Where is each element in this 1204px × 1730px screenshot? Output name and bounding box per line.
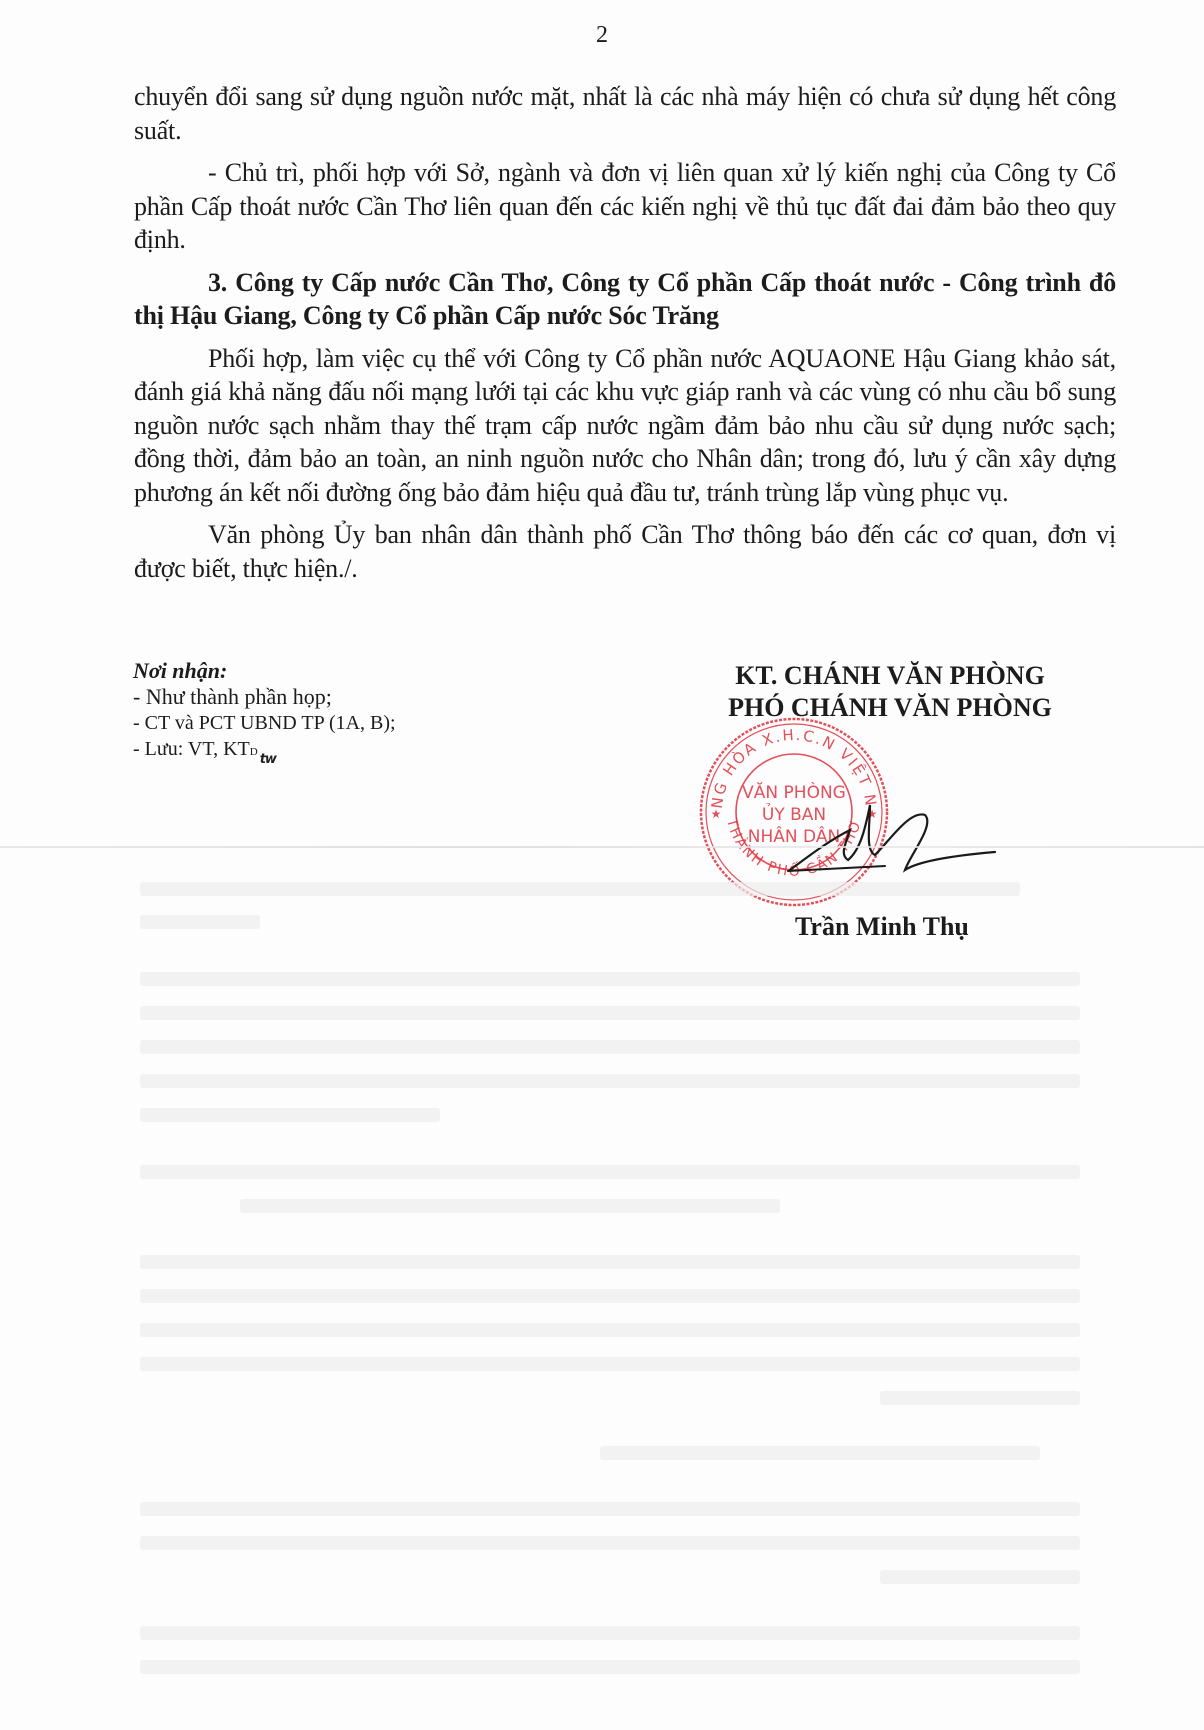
signer-title-line1: KT. CHÁNH VĂN PHÒNG	[680, 660, 1100, 692]
recipients-block: Nơi nhận: - Như thành phần họp; - CT và …	[133, 658, 396, 765]
recipient-subscript: D	[250, 746, 258, 758]
paper-fold-line	[0, 846, 1204, 848]
paragraph-closing: Văn phòng Ủy ban nhân dân thành phố Cần …	[134, 518, 1116, 585]
recipient-item: - CT và PCT UBND TP (1A, B);	[133, 710, 396, 736]
recipient-archive: - Lưu: VT, KT	[133, 738, 250, 760]
signature-icon	[770, 770, 1010, 890]
page-number: 2	[0, 22, 1204, 49]
recipients-title: Nơi nhận:	[133, 658, 396, 684]
paragraph-coordination: Phối hợp, làm việc cụ thể với Công ty Cổ…	[134, 342, 1116, 510]
recipient-item: - Lưu: VT, KTDtw	[133, 736, 396, 765]
section-heading-3: 3. Công ty Cấp nước Cần Thơ, Công ty Cổ …	[134, 266, 1116, 333]
svg-text:★: ★	[711, 807, 722, 821]
handwritten-initials: tw	[260, 752, 276, 767]
signer-name: Trần Minh Thụ	[795, 912, 969, 942]
paragraph-continuation: chuyển đổi sang sử dụng nguồn nước mặt, …	[134, 80, 1116, 147]
document-body: chuyển đổi sang sử dụng nguồn nước mặt, …	[134, 80, 1116, 585]
paragraph-land-procedures: - Chủ trì, phối hợp với Sở, ngành và đơn…	[134, 156, 1116, 257]
recipient-item: - Như thành phần họp;	[133, 684, 396, 710]
